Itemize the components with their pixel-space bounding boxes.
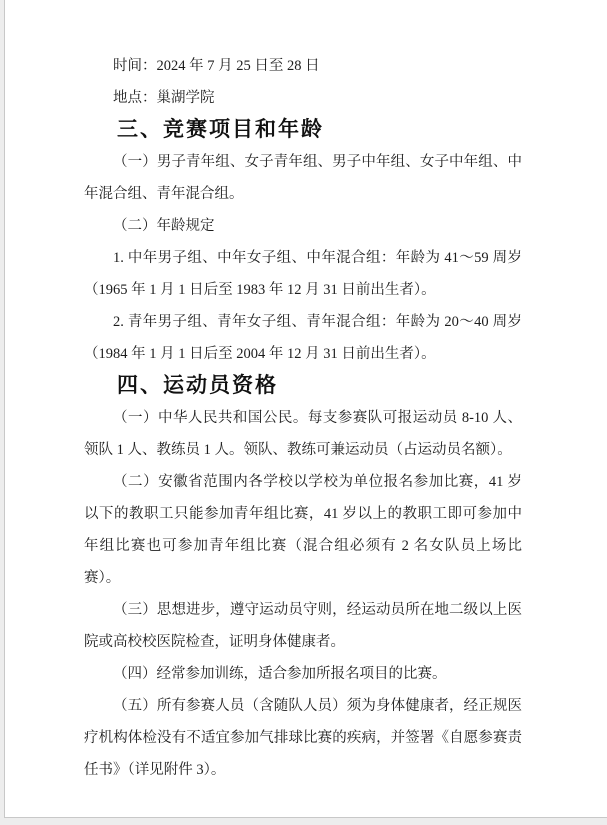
- screenshot-root: { "colors": { "page_background": "#fffff…: [0, 0, 607, 825]
- paragraph-eligibility-3: （三）思想进步，遵守运动员守则，经运动员所在地二级以上医院或高校校医院检查，证明…: [84, 594, 522, 658]
- paragraph-eligibility-5: （五）所有参赛人员（含随队人员）须为身体健康者，经正规医疗机构体检没有不适宜参加…: [84, 690, 522, 786]
- document-content: 时间：2024 年 7 月 25 日至 28 日 地点：巢湖学院 三、竞赛项目和…: [84, 50, 522, 786]
- paragraph-place: 地点：巢湖学院: [84, 82, 522, 114]
- paragraph-eligibility-4: （四）经常参加训练，适合参加所报名项目的比赛。: [84, 658, 522, 690]
- document-page[interactable]: 时间：2024 年 7 月 25 日至 28 日 地点：巢湖学院 三、竞赛项目和…: [4, 0, 607, 818]
- paragraph-eligibility-2: （二）安徽省范围内各学校以学校为单位报名参加比赛，41 岁以下的教职工只能参加青…: [84, 466, 522, 594]
- paragraph-event-groups: （一）男子青年组、女子青年组、男子中年组、女子中年组、中年混合组、青年混合组。: [84, 146, 522, 210]
- paragraph-time: 时间：2024 年 7 月 25 日至 28 日: [84, 50, 522, 82]
- paragraph-middle-age-rule: 1. 中年男子组、中年女子组、中年混合组：年龄为 41～59 周岁（1965 年…: [84, 242, 522, 306]
- section-heading-competition-events-age: 三、竞赛项目和年龄: [84, 114, 522, 146]
- paragraph-youth-age-rule: 2. 青年男子组、青年女子组、青年混合组：年龄为 20～40 周岁（1984 年…: [84, 306, 522, 370]
- paragraph-eligibility-1: （一）中华人民共和国公民。每支参赛队可报运动员 8-10 人、领队 1 人、教练…: [84, 402, 522, 466]
- section-heading-athlete-eligibility: 四、运动员资格: [84, 370, 522, 402]
- paragraph-age-rules-title: （二）年龄规定: [84, 210, 522, 242]
